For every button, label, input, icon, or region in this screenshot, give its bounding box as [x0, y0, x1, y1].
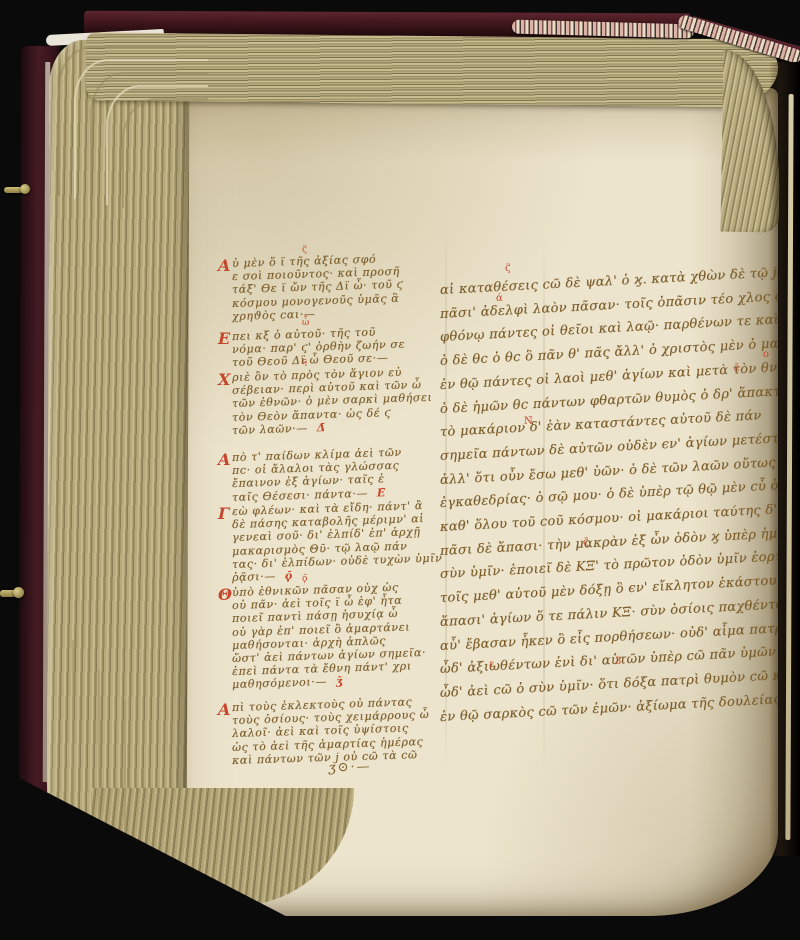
rubric-mark: ε [489, 659, 495, 670]
clasp-pin-knob [13, 587, 24, 598]
gutter-shadow [769, 62, 800, 856]
rubric-mark: ε̄ [734, 363, 740, 374]
rubric-mark: 3 [615, 656, 622, 667]
rubric-mark: ά [496, 293, 503, 304]
rubric-mark: ϛ̄ [583, 537, 589, 548]
leaf-corner-arc [122, 98, 208, 208]
rubric-mark: Ν̄ [524, 416, 533, 427]
manuscript-photograph: ϛ̈Αὐ μὲν ὅ ϊ τῆς ἀξίας σφόε σοὶ ποιοῦντο… [0, 0, 800, 940]
clasp-pin-knob [20, 184, 30, 194]
rubric-mark: ϛ̈ [505, 263, 511, 274]
